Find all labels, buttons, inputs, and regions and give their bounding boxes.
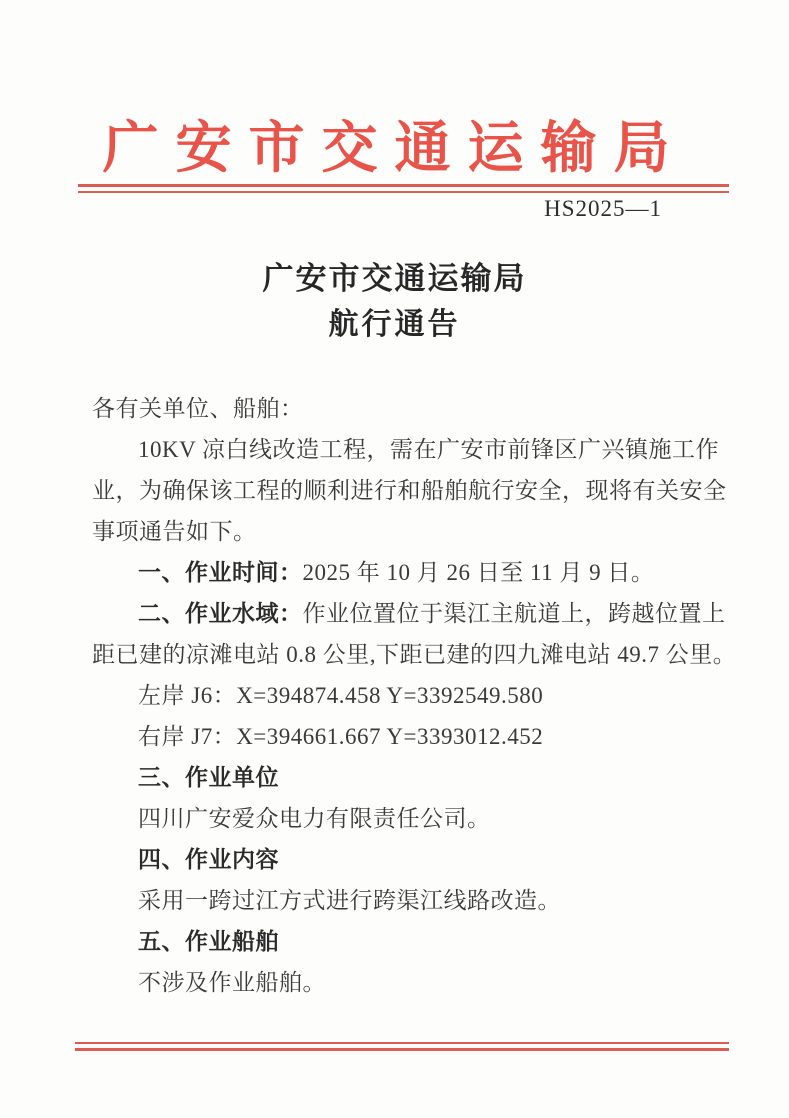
- line-text: 四川广安爱众电力有限责任公司。: [138, 806, 491, 831]
- line-text: 事项通告如下。: [92, 519, 257, 544]
- line-text: 10KV 凉白线改造工程，需在广安市前锋区广兴镇施工作: [138, 437, 719, 462]
- work-vessel-line: 不涉及作业船舶。: [92, 962, 701, 1003]
- intro-paragraph-line-2: 业，为确保该工程的顺利进行和船舶航行安全，现将有关安全: [92, 470, 701, 511]
- line-text: 作业位置位于渠江主航道上，跨越位置上: [303, 601, 726, 626]
- document-page: 广安市交通运输局 HS2025—1 广安市交通运输局 航行通告 各有关单位、船舶…: [0, 0, 789, 1118]
- section-5-heading: 五、作业船舶: [92, 921, 701, 962]
- rule-thick-bar: [75, 1048, 729, 1051]
- section-2-label: 二、作业水域：: [138, 600, 303, 626]
- line-text: 各有关单位、船舶：: [92, 396, 304, 421]
- section-1-work-time: 一、作业时间：2025 年 10 月 26 日至 11 月 9 日。: [92, 552, 701, 593]
- red-double-rule-bottom: [75, 1042, 729, 1051]
- line-text: 右岸 J7：X=394661.667 Y=3393012.452: [138, 724, 543, 749]
- section-3-heading: 三、作业单位: [92, 757, 701, 798]
- document-title-line2: 航行通告: [0, 306, 789, 344]
- document-title-line1: 广安市交通运输局: [0, 258, 789, 300]
- coordinate-right-bank: 右岸 J7：X=394661.667 Y=3393012.452: [92, 716, 701, 757]
- section-2-work-waters: 二、作业水域：作业位置位于渠江主航道上，跨越位置上: [92, 593, 701, 634]
- section-4-label: 四、作业内容: [138, 846, 279, 872]
- coordinate-left-bank: 左岸 J6：X=394874.458 Y=3392549.580: [92, 675, 701, 716]
- rule-thin-bar: [78, 191, 729, 193]
- section-1-label: 一、作业时间：: [138, 559, 303, 585]
- document-title: 广安市交通运输局 航行通告: [0, 258, 789, 344]
- line-text: 距已建的凉滩电站 0.8 公里,下距已建的四九滩电站 49.7 公里。: [92, 642, 736, 667]
- section-2-continuation-line: 距已建的凉滩电站 0.8 公里,下距已建的四九滩电站 49.7 公里。: [92, 634, 701, 675]
- line-text: 左岸 J6：X=394874.458 Y=3392549.580: [138, 683, 543, 708]
- line-text: 不涉及作业船舶。: [138, 970, 326, 995]
- agency-masthead-title: 广安市交通运输局: [0, 116, 789, 182]
- rule-thick-bar: [78, 184, 729, 187]
- section-4-heading: 四、作业内容: [92, 839, 701, 880]
- section-3-label: 三、作业单位: [138, 764, 279, 790]
- rule-thin-bar: [75, 1042, 729, 1044]
- salutation-line: 各有关单位、船舶：: [92, 388, 701, 429]
- intro-paragraph-line-3: 事项通告如下。: [92, 511, 701, 552]
- section-5-label: 五、作业船舶: [138, 928, 279, 954]
- line-text: 采用一跨过江方式进行跨渠江线路改造。: [138, 888, 561, 913]
- line-text: 业，为确保该工程的顺利进行和船舶航行安全，现将有关安全: [92, 478, 727, 503]
- line-text: 2025 年 10 月 26 日至 11 月 9 日。: [303, 560, 655, 585]
- red-double-rule-top: [78, 184, 729, 193]
- document-number: HS2025—1: [544, 196, 662, 222]
- work-unit-line: 四川广安爱众电力有限责任公司。: [92, 798, 701, 839]
- intro-paragraph-line-1: 10KV 凉白线改造工程，需在广安市前锋区广兴镇施工作: [92, 429, 701, 470]
- work-content-line: 采用一跨过江方式进行跨渠江线路改造。: [92, 880, 701, 921]
- document-body: 各有关单位、船舶： 10KV 凉白线改造工程，需在广安市前锋区广兴镇施工作 业，…: [92, 388, 701, 1003]
